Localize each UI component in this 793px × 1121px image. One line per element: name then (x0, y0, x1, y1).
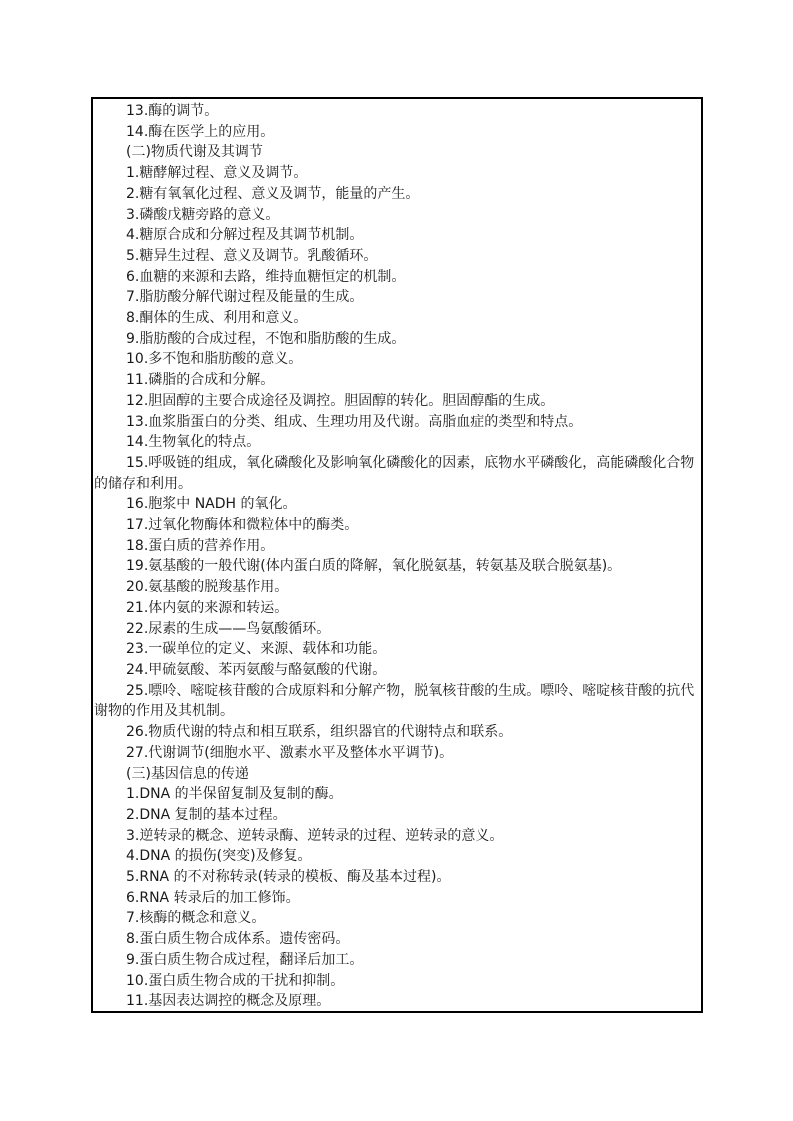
syllabus-line: 7.脂肪酸分解代谢过程及能量的生成。 (94, 287, 700, 308)
syllabus-line: 8.蛋白质生物合成体系。遗传密码。 (94, 929, 700, 950)
syllabus-line: 8.酮体的生成、利用和意义。 (94, 308, 700, 329)
syllabus-line: (二)物质代谢及其调节 (94, 142, 700, 163)
syllabus-line: 25.嘌呤、嘧啶核苷酸的合成原料和分解产物，脱氧核苷酸的生成。嘌呤、嘧啶核苷酸的… (94, 681, 700, 722)
syllabus-line: 22.尿素的生成——鸟氨酸循环。 (94, 619, 700, 640)
syllabus-line: 13.酶的调节。 (94, 101, 700, 122)
document-page: 13.酶的调节。14.酶在医学上的应用。(二)物质代谢及其调节1.糖酵解过程、意… (0, 0, 793, 1121)
syllabus-line: 1.DNA 的半保留复制及复制的酶。 (94, 784, 700, 805)
syllabus-line: (三)基因信息的传递 (94, 764, 700, 785)
syllabus-line: 24.甲硫氨酸、苯丙氨酸与酪氨酸的代谢。 (94, 660, 700, 681)
syllabus-line: 9.蛋白质生物合成过程，翻译后加工。 (94, 950, 700, 971)
syllabus-line: 16.胞浆中 NADH 的氧化。 (94, 494, 700, 515)
syllabus-line: 9.脂肪酸的合成过程，不饱和脂肪酸的生成。 (94, 329, 700, 350)
syllabus-line: 6.血糖的来源和去路，维持血糖恒定的机制。 (94, 267, 700, 288)
syllabus-line: 26.物质代谢的特点和相互联系，组织器官的代谢特点和联系。 (94, 722, 700, 743)
syllabus-line: 17.过氧化物酶体和微粒体中的酶类。 (94, 515, 700, 536)
syllabus-line: 3.逆转录的概念、逆转录酶、逆转录的过程、逆转录的意义。 (94, 826, 700, 847)
syllabus-line: 11.磷脂的合成和分解。 (94, 370, 700, 391)
syllabus-line: 27.代谢调节(细胞水平、激素水平及整体水平调节)。 (94, 743, 700, 764)
syllabus-line: 5.RNA 的不对称转录(转录的模板、酶及基本过程)。 (94, 867, 700, 888)
syllabus-line: 12.胆固醇的主要合成途径及调控。胆固醇的转化。胆固醇酯的生成。 (94, 391, 700, 412)
syllabus-line: 14.酶在医学上的应用。 (94, 122, 700, 143)
syllabus-line: 20.氨基酸的脱羧基作用。 (94, 577, 700, 598)
syllabus-line: 13.血浆脂蛋白的分类、组成、生理功用及代谢。高脂血症的类型和特点。 (94, 412, 700, 433)
syllabus-line: 7.核酶的概念和意义。 (94, 908, 700, 929)
syllabus-line: 10.蛋白质生物合成的干扰和抑制。 (94, 971, 700, 992)
syllabus-line: 11.基因表达调控的概念及原理。 (94, 991, 700, 1012)
syllabus-line: 23.一碳单位的定义、来源、载体和功能。 (94, 639, 700, 660)
syllabus-table-cell: 13.酶的调节。14.酶在医学上的应用。(二)物质代谢及其调节1.糖酵解过程、意… (91, 97, 703, 1013)
syllabus-line: 18.蛋白质的营养作用。 (94, 536, 700, 557)
syllabus-line: 2.DNA 复制的基本过程。 (94, 805, 700, 826)
syllabus-line: 15.呼吸链的组成，氧化磷酸化及影响氧化磷酸化的因素，底物水平磷酸化，高能磷酸化… (94, 453, 700, 494)
syllabus-line: 21.体内氨的来源和转运。 (94, 598, 700, 619)
syllabus-line: 19.氨基酸的一般代谢(体内蛋白质的降解，氧化脱氨基，转氨基及联合脱氨基)。 (94, 556, 700, 577)
syllabus-line: 6.RNA 转录后的加工修饰。 (94, 888, 700, 909)
syllabus-line: 1.糖酵解过程、意义及调节。 (94, 163, 700, 184)
syllabus-line: 2.糖有氧氧化过程、意义及调节，能量的产生。 (94, 184, 700, 205)
syllabus-line: 5.糖异生过程、意义及调节。乳酸循环。 (94, 246, 700, 267)
syllabus-line: 4.糖原合成和分解过程及其调节机制。 (94, 225, 700, 246)
syllabus-line: 10.多不饱和脂肪酸的意义。 (94, 349, 700, 370)
syllabus-line: 4.DNA 的损伤(突变)及修复。 (94, 846, 700, 867)
syllabus-line: 3.磷酸戊糖旁路的意义。 (94, 205, 700, 226)
syllabus-line: 14.生物氧化的特点。 (94, 432, 700, 453)
